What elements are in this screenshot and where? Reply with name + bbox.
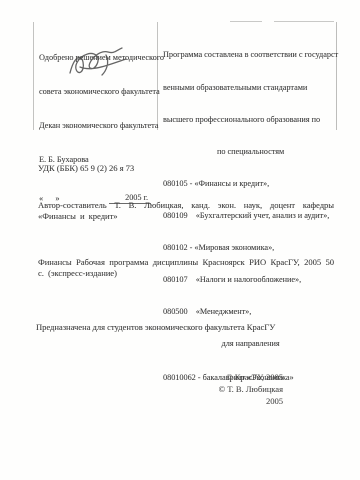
approval-box: Одобрено решением методического совета э… bbox=[34, 22, 158, 130]
purpose-line: Предназначена для студентов экономическо… bbox=[36, 322, 275, 332]
table-border-fragment bbox=[274, 21, 334, 22]
approval-standards-table: Одобрено решением методического совета э… bbox=[33, 22, 337, 130]
standards-intro-line: венными образовательными стандартами bbox=[163, 83, 338, 94]
specialty-item: 080105 - «Финансы и кредит», bbox=[163, 179, 338, 190]
signature-scribble bbox=[62, 45, 136, 83]
table-border-fragment bbox=[230, 21, 262, 22]
copyright-block: © КрасГУ, 2005 © Т. В. Любицкая 2005 bbox=[195, 371, 283, 407]
standards-intro-line: высшего профессионального образования по bbox=[163, 115, 338, 126]
direction-label: для направления bbox=[163, 339, 338, 350]
author-line: Автор-составитель Т. В. Любицкая, канд. … bbox=[38, 200, 334, 222]
specialties-subheading: по специальностям bbox=[163, 147, 338, 158]
specialty-item: 080500 «Менеджмент», bbox=[163, 307, 338, 318]
copyright-line: © КрасГУ, 2005 bbox=[195, 371, 283, 383]
standards-box: Программа составлена в соответствии с го… bbox=[158, 22, 340, 130]
copyright-line: © Т. В. Любицкая bbox=[195, 383, 283, 395]
approval-line: совета экономического факультета bbox=[39, 86, 155, 97]
approval-line: Декан экономического факультета bbox=[39, 120, 155, 131]
udk-bbk-code: УДК (ББК) 65 9 (2) 26 я 73 bbox=[38, 163, 134, 173]
copyright-year: 2005 bbox=[195, 395, 283, 407]
specialty-item: 080102 - «Мировая экономика», bbox=[163, 243, 338, 254]
standards-intro-line: Программа составлена в соответствии с го… bbox=[163, 50, 338, 61]
bibliographic-entry: Финансы Рабочая программа дисциплины Кра… bbox=[38, 257, 334, 279]
